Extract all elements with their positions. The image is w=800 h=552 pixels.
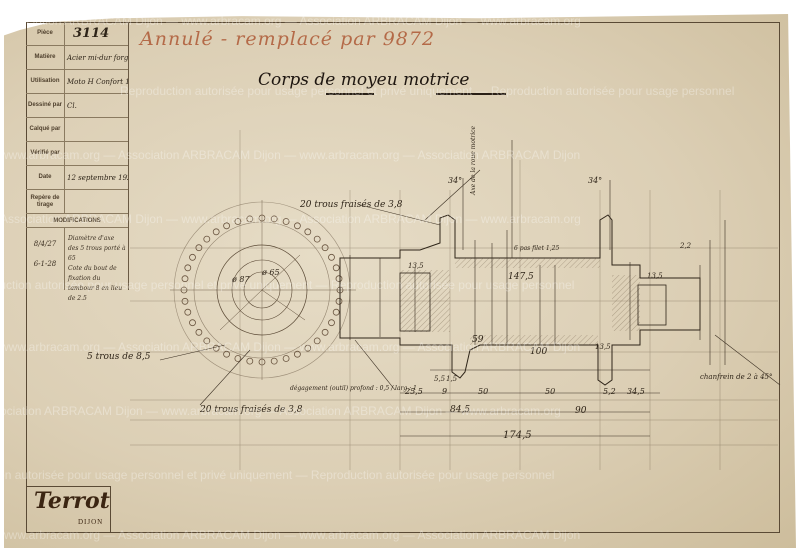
- dimension-row2-1: 90: [575, 406, 586, 416]
- annotation-holes-bottom: 20 trous fraisés de 3,8: [200, 405, 303, 415]
- dimension-value: 1,5: [446, 375, 457, 383]
- dimension-value: 13,5: [408, 262, 424, 270]
- annotation-diam-87: ø 87: [232, 275, 250, 284]
- dimension-row1-0: 25,5: [405, 387, 423, 396]
- dimension-value: 13,5: [595, 343, 611, 351]
- annotation-holes-5: 5 trous de 8,5: [87, 352, 150, 362]
- annotation-diam-65: ø 65: [262, 268, 280, 277]
- dimension-row1-3: 50: [545, 387, 555, 396]
- dimension-row2-0: 84,5: [450, 405, 470, 415]
- annotation-angle-right: 34°: [588, 176, 602, 185]
- drawing-sheet: Pièce 3114 Matière Acier mi-dur forgé Ut…: [0, 0, 800, 552]
- annotation-angle-left: 34°: [448, 176, 462, 185]
- dimension-value: 100: [530, 347, 547, 357]
- dimension-value: 5,5: [434, 375, 445, 383]
- terrot-logo: Terrot: [34, 488, 110, 514]
- dimension-row1-1: 9: [442, 387, 447, 396]
- annotation-clearance: dégagement (outil) profond : 0,5 / larg …: [290, 385, 417, 392]
- annotation-thread: 6 pas filet 1,25: [514, 245, 559, 252]
- terrot-city: DIJON: [78, 518, 103, 526]
- annotation-holes-top: 20 trous fraisés de 3,8: [300, 200, 403, 210]
- dimension-value: 59: [472, 335, 483, 345]
- dimension-row1-5: 34,5: [627, 387, 645, 396]
- dimension-value: 13,5: [647, 272, 663, 280]
- dimension-total: 174,5: [503, 430, 532, 441]
- dimension-row1-4: 5,2: [603, 387, 616, 396]
- dimension-value: 2,2: [680, 242, 691, 250]
- front-view: [170, 200, 356, 380]
- dimension-row1-2: 50: [478, 387, 488, 396]
- technical-drawing: [0, 0, 800, 552]
- annotation-chamfer: chanfrein de 2 à 45°: [700, 373, 773, 381]
- dimension-value: 147,5: [508, 272, 534, 282]
- annotation-axis: Axe de la roue motrice: [470, 126, 477, 195]
